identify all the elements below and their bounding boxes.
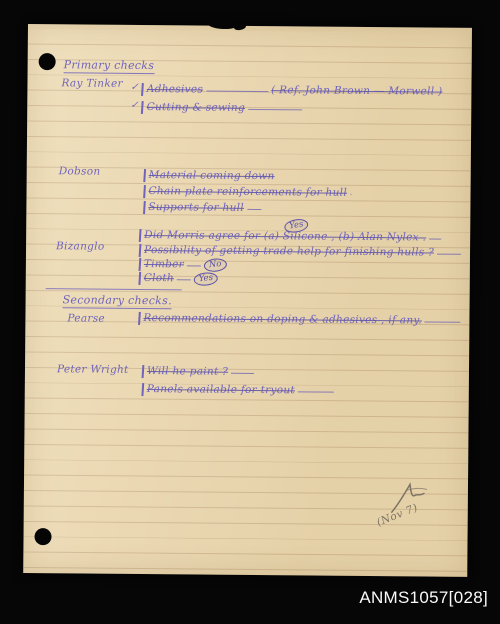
strike-line: [425, 321, 461, 322]
strike-line: [187, 265, 201, 266]
tick-stroke: [138, 311, 141, 324]
note-text: Material coming down: [149, 169, 275, 182]
check-icon: ✓: [130, 81, 138, 92]
tick-stroke: [139, 257, 142, 270]
notepaper-sheet: Primary checks Ray Tinker ✓ Adhesives ( …: [23, 24, 472, 577]
punch-hole-bottom: [34, 528, 51, 545]
tick-stroke: [138, 271, 141, 284]
tick-stroke: [141, 82, 144, 95]
strike-line: [206, 90, 268, 92]
note-text: Recommendations on doping & adhesives , …: [143, 312, 422, 326]
section-name-pearse: Pearse: [67, 312, 105, 325]
circled-yes-annotation: Yes: [193, 271, 218, 286]
note-line: Panels available for tryout: [142, 382, 334, 398]
section-name-peter-wright: Peter Wright: [57, 363, 129, 377]
tick-stroke: [142, 364, 145, 377]
note-line: Chain plate reinforcements for hull: [143, 184, 351, 200]
strike-line: [231, 372, 254, 373]
tick-stroke: [139, 228, 142, 241]
note-line: Recommendations on doping & adhesives , …: [138, 311, 460, 328]
tick-stroke: [143, 184, 146, 197]
note-line: Will he paint ?: [142, 364, 254, 379]
note-text: Cutting & sewing: [147, 101, 245, 114]
note-reference: ( Ref. John Brown — Morwell ): [271, 84, 442, 97]
note-line: Did Morris agree for (a) Silicone , (b) …: [139, 228, 441, 245]
tick-stroke: [141, 382, 144, 395]
note-line: ✓ Cutting & sewing: [130, 100, 302, 116]
note-line: ✓ Adhesives ( Ref. John Brown — Morwell …: [130, 82, 442, 99]
note-text: Panels available for tryout: [147, 383, 295, 396]
note-text: Did Morris agree for (a) Silicone , (b) …: [144, 229, 426, 243]
note-text: Cloth: [144, 272, 174, 284]
note-text: Timber: [144, 258, 184, 270]
section-name-bizanglo: Bizanglo: [56, 240, 105, 253]
note-text: Will he paint ?: [147, 365, 228, 378]
section-name-dobson: Dobson: [59, 165, 101, 178]
strike-line: [429, 238, 441, 239]
circled-no-annotation: No: [203, 257, 227, 272]
note-line: Cloth Yes: [139, 271, 261, 286]
strike-line: [350, 193, 352, 194]
strike-line: [247, 208, 261, 209]
strike-line: [177, 279, 191, 280]
tick-stroke: [143, 168, 146, 181]
tick-stroke: [143, 200, 146, 213]
strike-line: [298, 391, 334, 392]
section-name-ray-tinker: Ray Tinker: [61, 77, 123, 91]
note-line: Supports for hull: [143, 200, 261, 215]
tick-stroke: [139, 243, 142, 256]
heading-secondary-checks: Secondary checks.: [63, 293, 172, 309]
note-line: Material coming down: [144, 168, 272, 183]
strike-line: [248, 108, 302, 109]
punch-hole-top: [39, 53, 56, 70]
note-line: Timber No: [139, 257, 251, 272]
tick-stroke: [141, 100, 144, 113]
strike-line: [437, 253, 461, 254]
heading-primary-checks: Primary checks: [64, 58, 155, 74]
note-text: Supports for hull: [148, 201, 244, 214]
section-divider-line: [46, 288, 182, 290]
note-text: Adhesives: [147, 83, 203, 95]
archive-catalog-label: ANMS1057[028]: [359, 588, 488, 608]
check-icon: ✓: [130, 99, 138, 110]
note-text: Chain plate reinforcements for hull: [148, 185, 347, 199]
note-text: Possibility of getting trade help for fi…: [144, 244, 434, 259]
